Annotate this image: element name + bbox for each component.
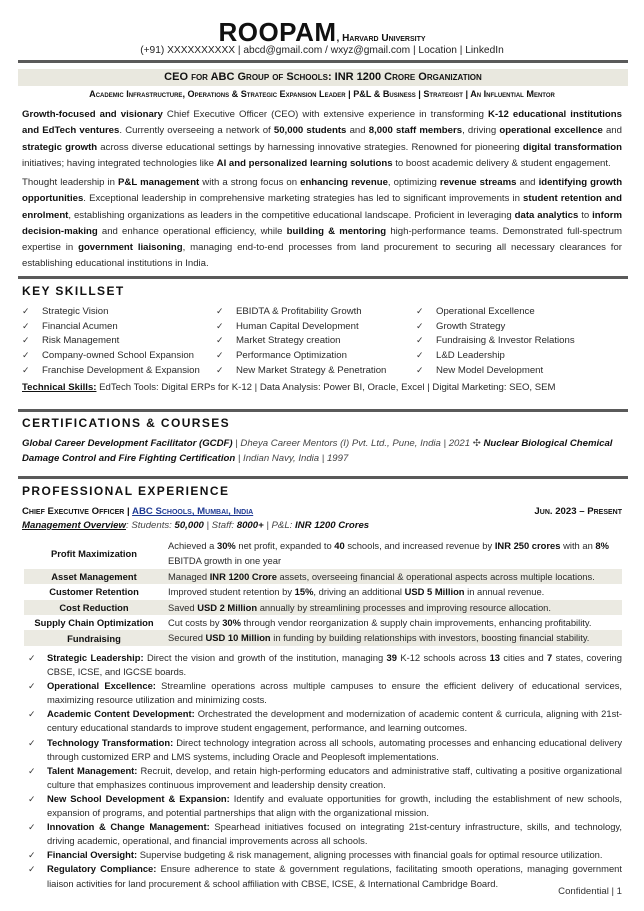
management-overview: Management Overview: Students: 50,000 | … bbox=[22, 520, 369, 531]
achievement-category: Profit Maximization bbox=[24, 538, 164, 569]
check-icon: ✓ bbox=[216, 363, 236, 378]
skill-item: ✓Growth Strategy bbox=[416, 319, 575, 334]
skill-item: ✓Market Strategy creation bbox=[216, 333, 386, 348]
achievement-detail: Achieved a 30% net profit, expanded to 4… bbox=[164, 538, 622, 569]
experience-divider bbox=[18, 476, 628, 479]
skills-column-1: ✓Strategic Vision✓Financial Acumen✓Risk … bbox=[22, 304, 200, 377]
achievement-detail: Improved student retention by 15%, drivi… bbox=[164, 584, 622, 599]
achievement-detail: Cut costs by 30% through vendor reorgani… bbox=[164, 615, 622, 630]
skill-label: Financial Acumen bbox=[42, 321, 118, 332]
skill-label: Human Capital Development bbox=[236, 321, 359, 332]
job-role: Chief Executive Officer bbox=[22, 506, 124, 517]
check-icon: ✓ bbox=[28, 764, 36, 778]
skill-label: EBIDTA & Profitability Growth bbox=[236, 306, 362, 317]
skill-item: ✓L&D Leadership bbox=[416, 348, 575, 363]
contact-line: (+91) XXXXXXXXXX | abcd@gmail.com / wxyz… bbox=[0, 45, 644, 56]
skill-item: ✓Company-owned School Expansion bbox=[22, 348, 200, 363]
skill-item: ✓EBIDTA & Profitability Growth bbox=[216, 304, 386, 319]
check-icon: ✓ bbox=[22, 333, 42, 348]
technical-skills: Technical Skills: EdTech Tools: Digital … bbox=[22, 382, 556, 393]
headline-subtitle: Academic Infrastructure, Operations & St… bbox=[0, 89, 644, 99]
responsibility-item: ✓Financial Oversight: Supervise budgetin… bbox=[28, 848, 622, 862]
skill-item: ✓Risk Management bbox=[22, 333, 200, 348]
check-icon: ✓ bbox=[28, 792, 36, 806]
skill-label: Operational Excellence bbox=[436, 306, 535, 317]
page-footer: Confidential | 1 bbox=[558, 886, 622, 897]
management-overview-values: : Students: 50,000 | Staff: 8000+ | P&L:… bbox=[126, 520, 369, 531]
achievement-category: Cost Reduction bbox=[24, 600, 164, 615]
job-title-line: Chief Executive Officer | ABC Schools, M… bbox=[22, 506, 622, 517]
check-icon: ✓ bbox=[216, 304, 236, 319]
check-icon: ✓ bbox=[28, 651, 36, 665]
organization-link[interactable]: ABC Schools, Mumbai, India bbox=[132, 506, 253, 517]
check-icon: ✓ bbox=[216, 333, 236, 348]
skill-item: ✓Fundraising & Investor Relations bbox=[416, 333, 575, 348]
achievement-row: Supply Chain OptimizationCut costs by 30… bbox=[24, 615, 622, 630]
achievement-category: Asset Management bbox=[24, 569, 164, 584]
check-icon: ✓ bbox=[22, 363, 42, 378]
check-icon: ✓ bbox=[416, 319, 436, 334]
responsibility-item: ✓Strategic Leadership: Direct the vision… bbox=[28, 651, 622, 679]
achievement-row: Customer RetentionImproved student reten… bbox=[24, 584, 622, 599]
section-title-experience: PROFESSIONAL EXPERIENCE bbox=[22, 484, 229, 498]
responsibility-item: ✓Technology Transformation: Direct techn… bbox=[28, 736, 622, 764]
achievement-category: Supply Chain Optimization bbox=[24, 615, 164, 630]
skill-label: Market Strategy creation bbox=[236, 335, 341, 346]
check-icon: ✓ bbox=[28, 679, 36, 693]
achievement-detail: Saved USD 2 Million annually by streamli… bbox=[164, 600, 622, 615]
candidate-name: ROOPAM bbox=[218, 17, 336, 47]
skill-item: ✓Franchise Development & Expansion bbox=[22, 363, 200, 378]
skills-column-2: ✓EBIDTA & Profitability Growth✓Human Cap… bbox=[216, 304, 386, 377]
header-divider bbox=[18, 60, 628, 63]
summary-paragraph-1: Growth-focused and visionary Chief Execu… bbox=[22, 107, 622, 172]
skill-item: ✓New Model Development bbox=[416, 363, 575, 378]
skill-label: Franchise Development & Expansion bbox=[42, 365, 200, 376]
skill-label: Performance Optimization bbox=[236, 350, 347, 361]
achievement-row: Profit MaximizationAchieved a 30% net pr… bbox=[24, 538, 622, 569]
skills-column-3: ✓Operational Excellence✓Growth Strategy✓… bbox=[416, 304, 575, 377]
achievement-row: Asset ManagementManaged INR 1200 Crore a… bbox=[24, 569, 622, 584]
skill-label: New Model Development bbox=[436, 365, 543, 376]
achievement-row: Cost ReductionSaved USD 2 Million annual… bbox=[24, 600, 622, 615]
check-icon: ✓ bbox=[28, 862, 36, 876]
check-icon: ✓ bbox=[22, 304, 42, 319]
responsibilities-list: ✓Strategic Leadership: Direct the vision… bbox=[28, 651, 622, 891]
responsibility-item: ✓Academic Content Development: Orchestra… bbox=[28, 707, 622, 735]
technical-skills-label: Technical Skills: bbox=[22, 382, 96, 393]
check-icon: ✓ bbox=[416, 348, 436, 363]
section-title-skills: KEY SKILLSET bbox=[22, 284, 125, 298]
headline-title: CEO for ABC Group of Schools: INR 1200 C… bbox=[18, 69, 628, 86]
skill-item: ✓New Market Strategy & Penetration bbox=[216, 363, 386, 378]
skill-label: Risk Management bbox=[42, 335, 119, 346]
check-icon: ✓ bbox=[22, 348, 42, 363]
achievement-detail: Managed INR 1200 Crore assets, overseein… bbox=[164, 569, 622, 584]
job-dates: Jun. 2023 – Present bbox=[534, 506, 622, 517]
section-title-certifications: CERTIFICATIONS & COURSES bbox=[22, 416, 230, 430]
management-overview-label: Management Overview bbox=[22, 520, 126, 531]
check-icon: ✓ bbox=[416, 333, 436, 348]
skills-divider bbox=[18, 276, 628, 279]
achievements-table: Profit MaximizationAchieved a 30% net pr… bbox=[24, 538, 622, 646]
skill-label: Fundraising & Investor Relations bbox=[436, 335, 575, 346]
summary-paragraph-2: Thought leadership in P&L management wit… bbox=[22, 175, 622, 273]
affiliation: , Harvard University bbox=[337, 33, 426, 44]
skill-item: ✓Strategic Vision bbox=[22, 304, 200, 319]
technical-skills-text: EdTech Tools: Digital ERPs for K-12 | Da… bbox=[96, 382, 555, 393]
skill-item: ✓Performance Optimization bbox=[216, 348, 386, 363]
responsibility-item: ✓Operational Excellence: Streamline oper… bbox=[28, 679, 622, 707]
skill-label: L&D Leadership bbox=[436, 350, 505, 361]
skill-label: Strategic Vision bbox=[42, 306, 108, 317]
skill-item: ✓Human Capital Development bbox=[216, 319, 386, 334]
check-icon: ✓ bbox=[216, 319, 236, 334]
achievement-category: Fundraising bbox=[24, 630, 164, 645]
certifications-text: Global Career Development Facilitator (G… bbox=[22, 436, 622, 466]
job-separator: | bbox=[124, 506, 132, 517]
check-icon: ✓ bbox=[28, 707, 36, 721]
check-icon: ✓ bbox=[22, 319, 42, 334]
certifications-divider bbox=[18, 409, 628, 412]
skill-label: Growth Strategy bbox=[436, 321, 505, 332]
responsibility-item: ✓New School Development & Expansion: Ide… bbox=[28, 792, 622, 820]
responsibility-item: ✓Regulatory Compliance: Ensure adherence… bbox=[28, 862, 622, 890]
skill-item: ✓Operational Excellence bbox=[416, 304, 575, 319]
achievement-row: FundraisingSecured USD 10 Million in fun… bbox=[24, 630, 622, 645]
check-icon: ✓ bbox=[416, 363, 436, 378]
responsibility-item: ✓Talent Management: Recruit, develop, an… bbox=[28, 764, 622, 792]
skill-item: ✓Financial Acumen bbox=[22, 319, 200, 334]
check-icon: ✓ bbox=[28, 736, 36, 750]
achievement-category: Customer Retention bbox=[24, 584, 164, 599]
check-icon: ✓ bbox=[416, 304, 436, 319]
achievement-detail: Secured USD 10 Million in funding by bui… bbox=[164, 630, 622, 645]
check-icon: ✓ bbox=[28, 820, 36, 834]
responsibility-item: ✓Innovation & Change Management: Spearhe… bbox=[28, 820, 622, 848]
check-icon: ✓ bbox=[216, 348, 236, 363]
resume-page: ROOPAM, Harvard University (+91) XXXXXXX… bbox=[0, 0, 644, 911]
check-icon: ✓ bbox=[28, 848, 36, 862]
skill-label: New Market Strategy & Penetration bbox=[236, 365, 386, 376]
skill-label: Company-owned School Expansion bbox=[42, 350, 194, 361]
